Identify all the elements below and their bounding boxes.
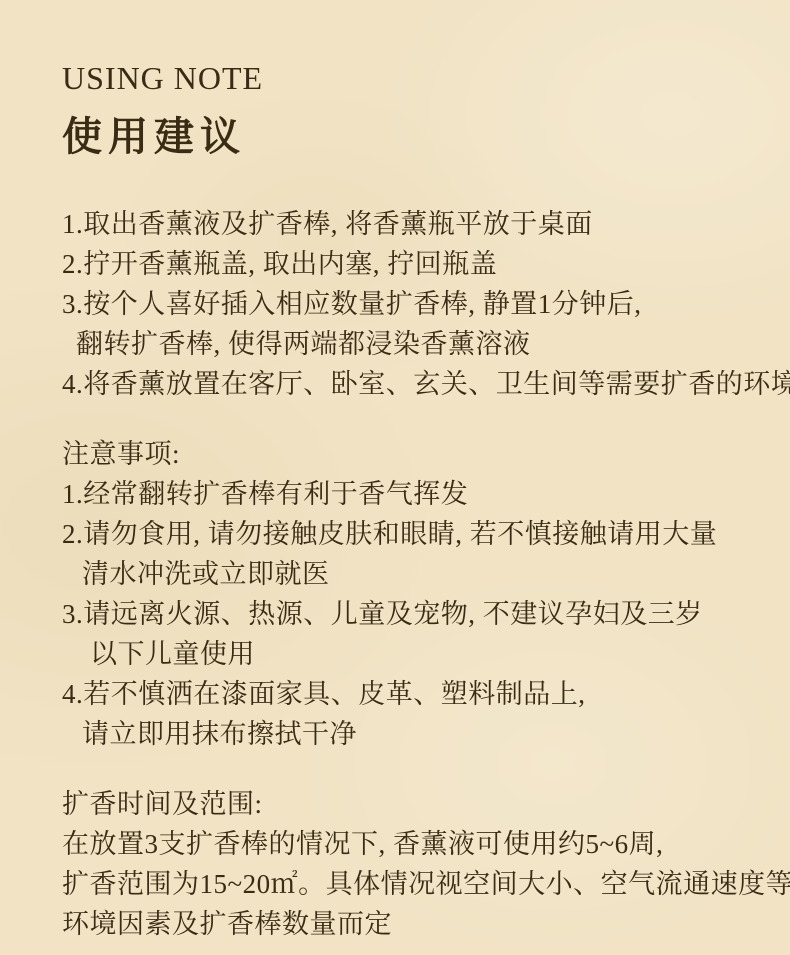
diffusion-range-heading: 扩香时间及范围: (62, 784, 750, 824)
caution-line: 清水冲洗或立即就医 (62, 554, 750, 594)
usage-step-line: 2.拧开香薰瓶盖, 取出内塞, 拧回瓶盖 (62, 244, 750, 284)
usage-steps-section: 1.取出香薰液及扩香棒, 将香薰瓶平放于桌面 2.拧开香薰瓶盖, 取出内塞, 拧… (62, 204, 750, 404)
diffusion-range-line: 在放置3支扩香棒的情况下, 香薰液可使用约5~6周, (62, 824, 750, 864)
cautions-section: 注意事项: 1.经常翻转扩香棒有利于香气挥发 2.请勿食用, 请勿接触皮肤和眼睛… (62, 434, 750, 754)
caution-line: 以下儿童使用 (62, 634, 750, 674)
caution-line: 1.经常翻转扩香棒有利于香气挥发 (62, 474, 750, 514)
usage-step-line: 1.取出香薰液及扩香棒, 将香薰瓶平放于桌面 (62, 204, 750, 244)
cautions-heading: 注意事项: (62, 434, 750, 474)
section-spacer (62, 404, 750, 434)
caution-line: 3.请远离火源、热源、儿童及宠物, 不建议孕妇及三岁 (62, 594, 750, 634)
usage-step-line: 3.按个人喜好插入相应数量扩香棒, 静置1分钟后, (62, 284, 750, 324)
section-spacer (62, 754, 750, 784)
usage-step-line: 4.将香薰放置在客厅、卧室、玄关、卫生间等需要扩香的环境 (62, 364, 750, 404)
caution-line: 请立即用抹布擦拭干净 (62, 714, 750, 754)
diffusion-range-line: 扩香范围为15~20㎡。具体情况视空间大小、空气流通速度等 (62, 864, 750, 904)
diffusion-range-line: 环境因素及扩香棒数量而定 (62, 904, 750, 944)
using-note-page: USING NOTE 使用建议 1.取出香薰液及扩香棒, 将香薰瓶平放于桌面 2… (0, 0, 790, 955)
caution-line: 2.请勿食用, 请勿接触皮肤和眼睛, 若不慎接触请用大量 (62, 514, 750, 554)
page-title-english: USING NOTE (62, 60, 750, 97)
usage-step-line: 翻转扩香棒, 使得两端都浸染香薰溶液 (62, 324, 750, 364)
page-title-chinese: 使用建议 (62, 105, 750, 162)
caution-line: 4.若不慎洒在漆面家具、皮革、塑料制品上, (62, 674, 750, 714)
diffusion-range-section: 扩香时间及范围: 在放置3支扩香棒的情况下, 香薰液可使用约5~6周, 扩香范围… (62, 784, 750, 944)
